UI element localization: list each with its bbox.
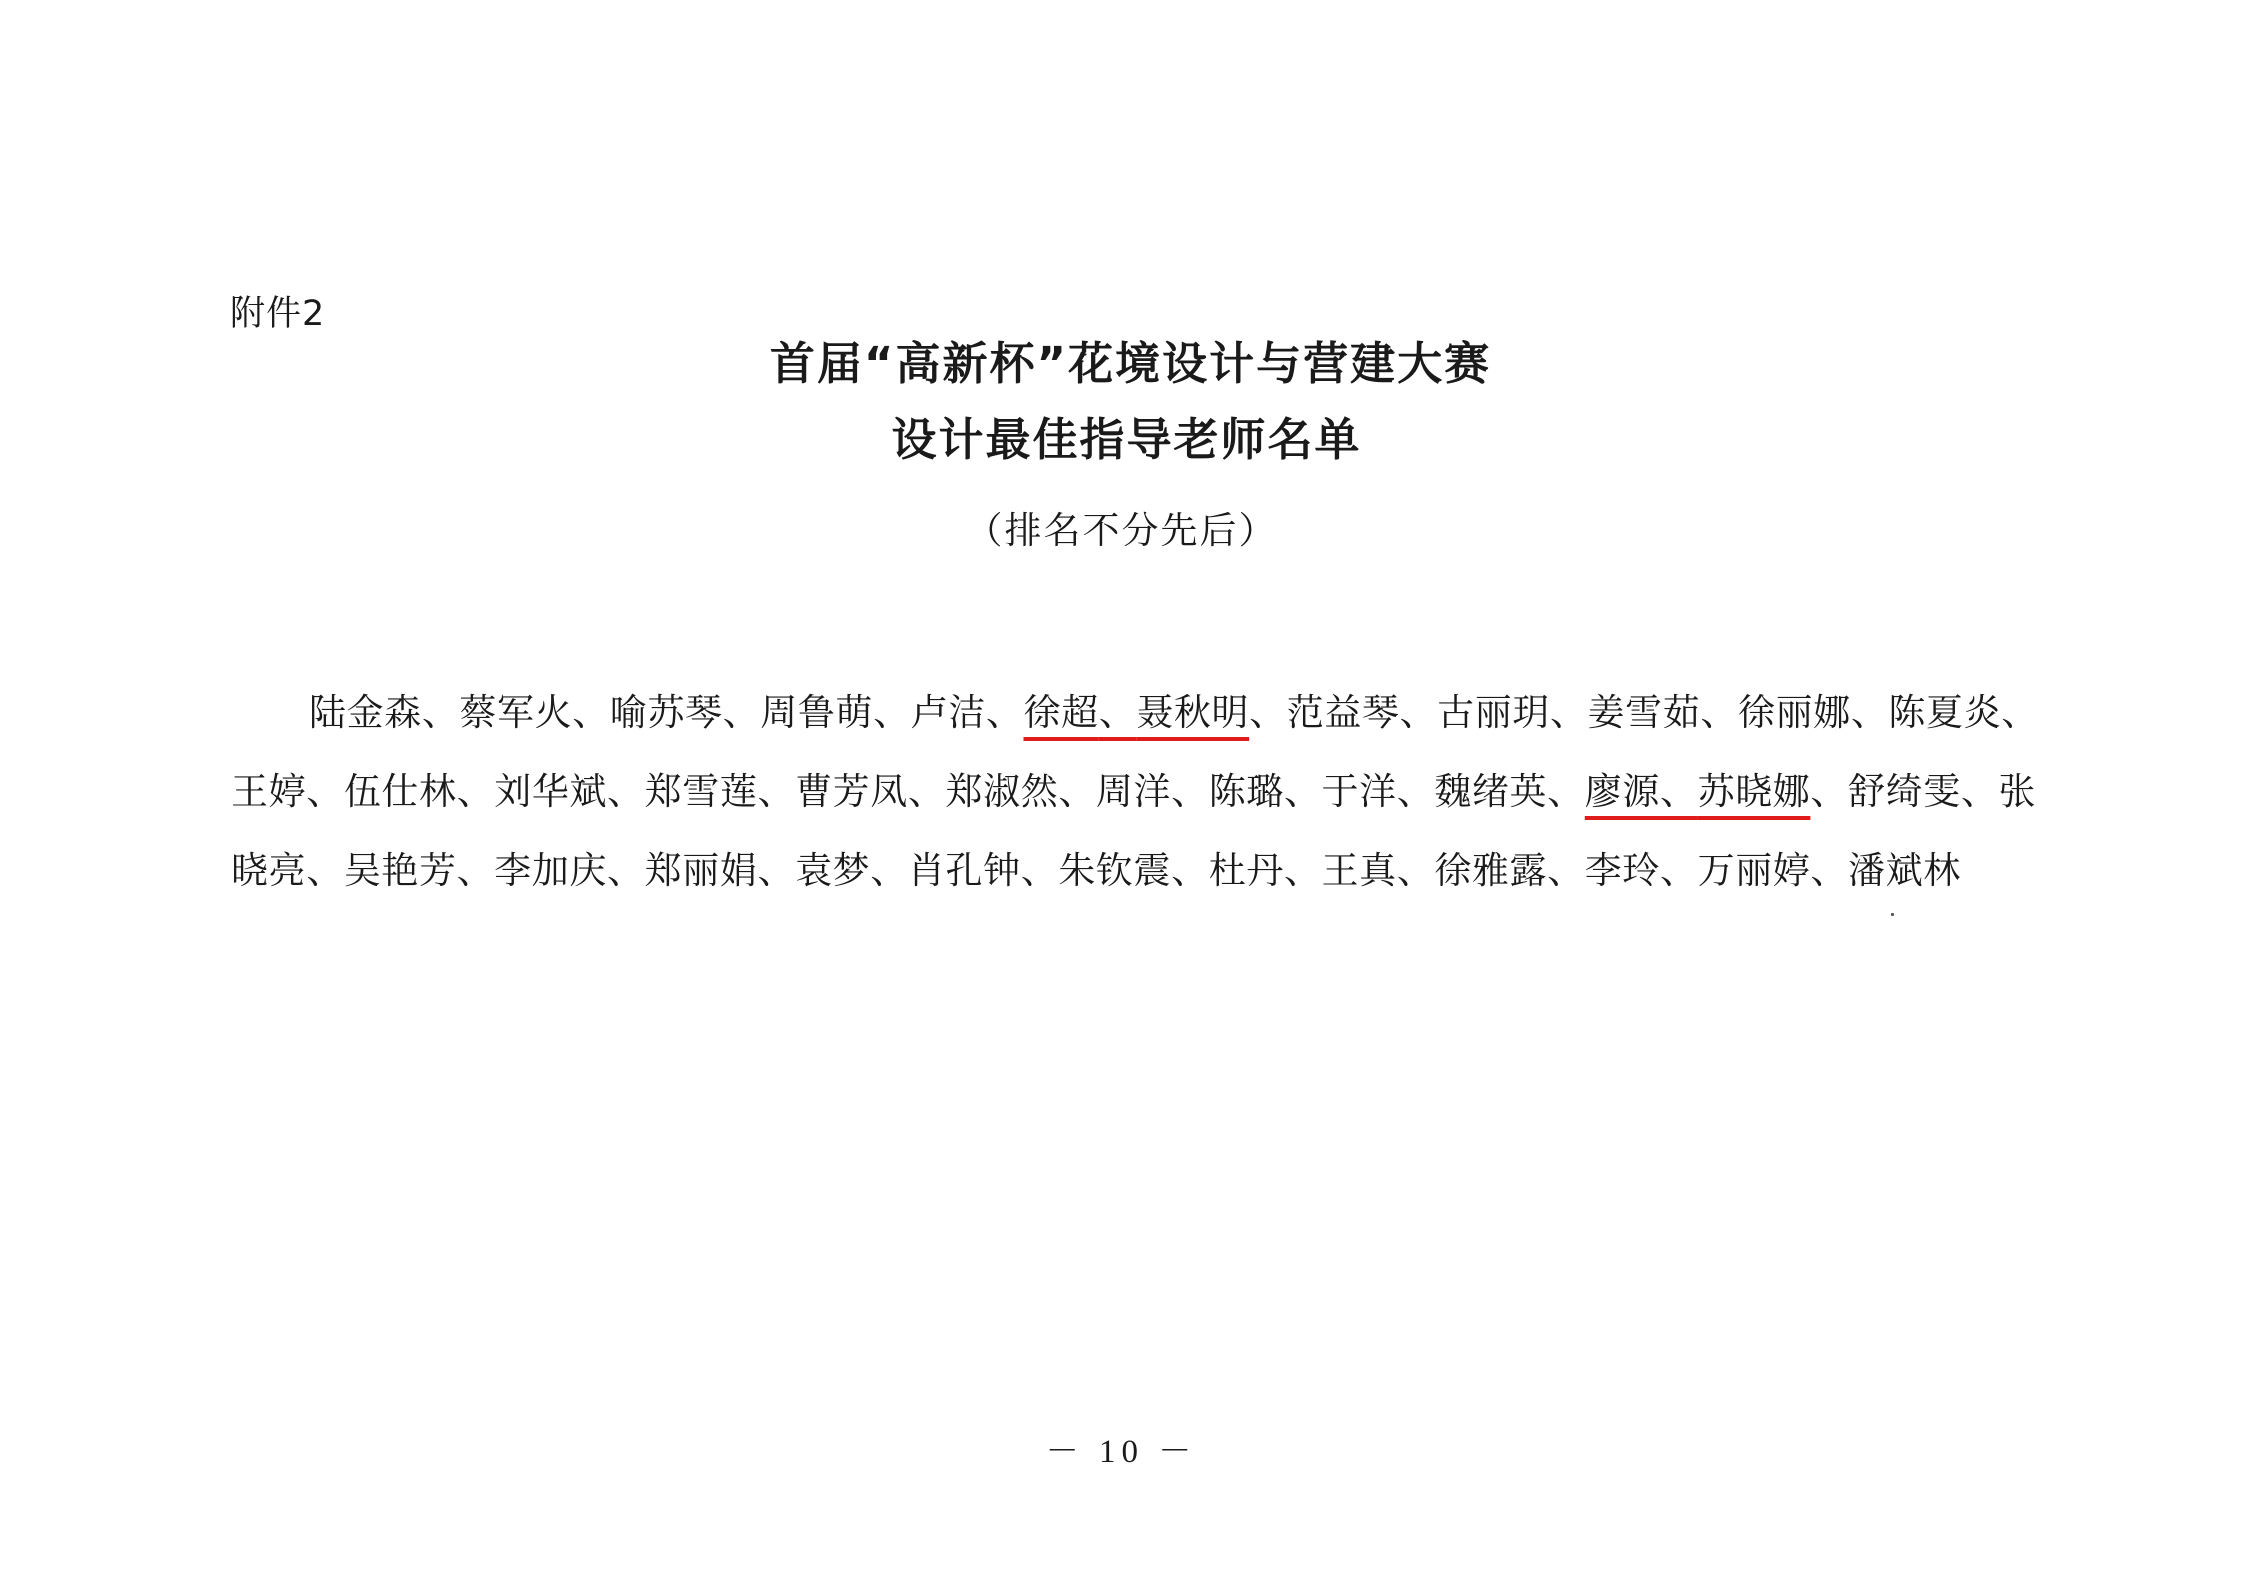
separator: 、 (1547, 849, 1585, 892)
name-item: 周鲁萌 (760, 691, 873, 734)
separator: 、 (1400, 691, 1438, 734)
name-item: 朱钦震 (1058, 849, 1171, 892)
name-item: 郑雪莲 (645, 770, 758, 813)
separator: 、 (1660, 770, 1698, 813)
name-item: 伍仕林 (344, 770, 457, 813)
separator: 、 (607, 770, 645, 813)
name-item: 聂秋明 (1136, 691, 1249, 734)
separator: 、 (1249, 691, 1287, 734)
name-item: 蔡军火 (459, 691, 572, 734)
separator: 、 (1547, 770, 1585, 813)
separator: 、 (757, 849, 795, 892)
name-item: 魏绪英 (1434, 770, 1547, 813)
scan-artifact-dot (1891, 913, 1894, 916)
name-item: 喻苏琴 (610, 691, 723, 734)
separator: 、 (457, 770, 495, 813)
name-item: 范益琴 (1287, 691, 1400, 734)
name-item: 袁梦 (795, 849, 870, 892)
name-item: 李玲 (1585, 849, 1660, 892)
name-item: 肖孔钟 (908, 849, 1021, 892)
name-item: 陆金森 (309, 691, 422, 734)
separator: 、 (1284, 770, 1322, 813)
separator: 、 (757, 770, 795, 813)
name-item: 杜丹 (1209, 849, 1284, 892)
name-item: 郑丽娟 (645, 849, 758, 892)
name-item: 徐丽娜 (1738, 691, 1851, 734)
name-item: 苏晓娜 (1698, 770, 1811, 813)
document-title-line-1: 首届“高新杯”花境设计与营建大赛 (9, 336, 2243, 392)
name-item: 陈夏炎 (1888, 691, 2001, 734)
separator: 、 (723, 691, 761, 734)
separator: 、 (1700, 691, 1738, 734)
name-item: 万丽婷 (1698, 849, 1811, 892)
name-item: 古丽玥 (1437, 691, 1550, 734)
name-item: 郑淑然 (946, 770, 1059, 813)
highlighted-name-group-2: 廖源、苏晓娜 (1585, 770, 1811, 813)
separator: 、 (306, 770, 344, 813)
attachment-label: 附件2 (230, 292, 325, 336)
ranking-note: （排名不分先后） (0, 508, 2243, 554)
page-number: － 10 － (0, 1432, 2243, 1472)
separator: 、 (572, 691, 610, 734)
name-item: 曹芳凤 (795, 770, 908, 813)
separator: 、 (873, 691, 911, 734)
document-page: 附件2 首届“高新杯”花境设计与营建大赛 设计最佳指导老师名单 （排名不分先后）… (0, 0, 2243, 1587)
name-item: 徐超 (1024, 691, 1099, 734)
separator: 、 (1550, 691, 1588, 734)
name-item: 吴艳芳 (344, 849, 457, 892)
separator: 、 (1851, 691, 1889, 734)
name-item: 卢洁 (911, 691, 986, 734)
name-item: 廖源 (1585, 770, 1660, 813)
name-item: 陈璐 (1209, 770, 1284, 813)
separator: 、 (2001, 691, 2039, 734)
name-item: 王婷 (231, 770, 306, 813)
separator: 、 (1099, 691, 1137, 734)
separator: 、 (1171, 770, 1209, 813)
separator: 、 (457, 849, 495, 892)
separator: 、 (1660, 849, 1698, 892)
separator: 、 (908, 770, 946, 813)
name-item: 李加庆 (494, 849, 607, 892)
teacher-name-list: 陆金森、蔡军火、喻苏琴、周鲁萌、卢洁、徐超、聂秋明、范益琴、古丽玥、姜雪茹、徐丽… (231, 673, 2053, 910)
separator: 、 (1058, 770, 1096, 813)
separator: 、 (607, 849, 645, 892)
separator: 、 (986, 691, 1024, 734)
separator: 、 (422, 691, 460, 734)
separator: 、 (306, 849, 344, 892)
separator: 、 (1961, 770, 1999, 813)
name-item: 徐雅露 (1434, 849, 1547, 892)
name-item: 姜雪茹 (1588, 691, 1701, 734)
separator: 、 (1284, 849, 1322, 892)
separator: 、 (1397, 770, 1435, 813)
separator: 、 (870, 849, 908, 892)
highlighted-name-group-1: 徐超、聂秋明 (1024, 691, 1250, 734)
name-item: 于洋 (1322, 770, 1397, 813)
separator: 、 (1810, 770, 1848, 813)
separator: 、 (1171, 849, 1209, 892)
separator: 、 (1021, 849, 1059, 892)
name-item: 潘斌林 (1848, 849, 1961, 892)
separator: 、 (1810, 849, 1848, 892)
document-title-line-2: 设计最佳指导老师名单 (5, 412, 2243, 468)
separator: 、 (1397, 849, 1435, 892)
name-item: 周洋 (1096, 770, 1171, 813)
name-item: 舒绮雯 (1848, 770, 1961, 813)
name-item: 王真 (1322, 849, 1397, 892)
name-item: 刘华斌 (494, 770, 607, 813)
